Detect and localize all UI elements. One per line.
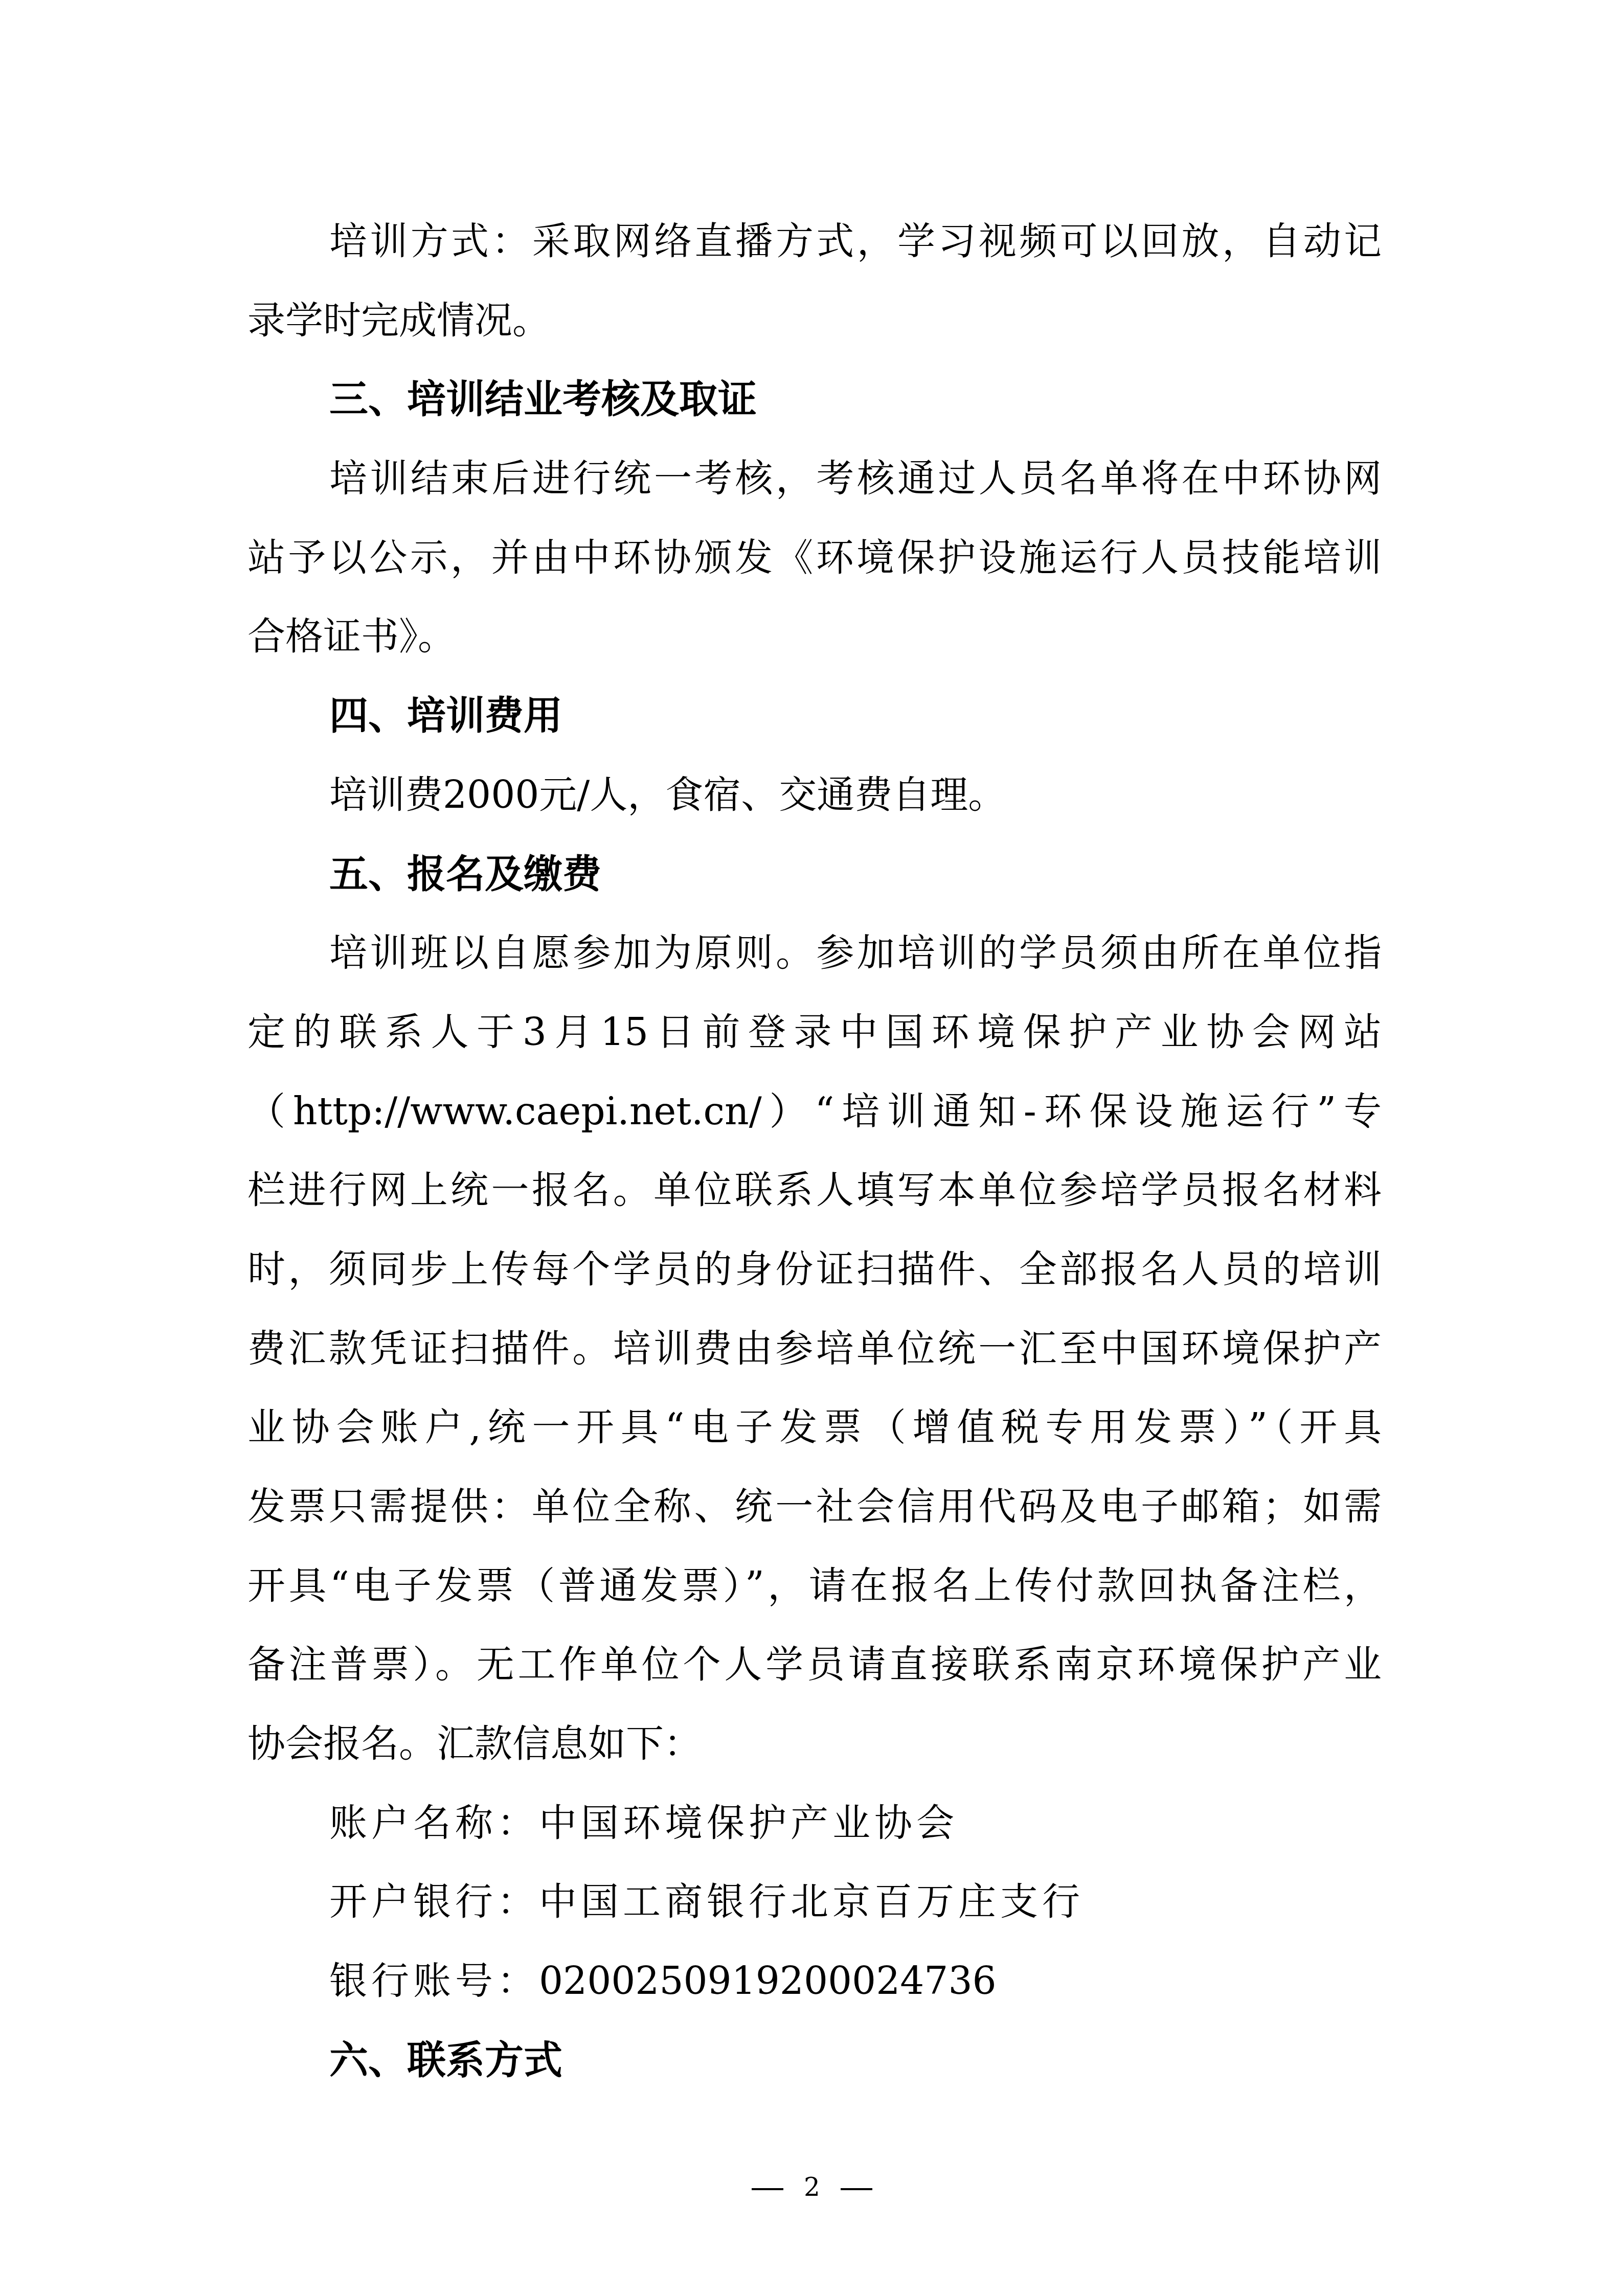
document-page: 培训方式：采取网络直播方式，学习视频可以回放，自动记 录学时完成情况。 三、培训… — [0, 0, 1624, 2296]
section-6-heading: 六、联系方式 — [247, 2030, 1382, 2109]
assessment-line-3: 合格证书》。 — [247, 606, 1382, 685]
registration-line-5: 时，须同步上传每个学员的身份证扫描件、全部报名人员的培训 — [247, 1239, 1382, 1318]
registration-line-2: 定的联系人于3月15日前登录中国环境保护产业协会网站 — [247, 1002, 1382, 1081]
training-method-line-2: 录学时完成情况。 — [247, 290, 1382, 369]
assessment-line-2: 站予以公示，并由中环协颁发《环境保护设施运行人员技能培训 — [247, 527, 1382, 606]
registration-line-10: 备注普票）。无工作单位个人学员请直接联系南京环境保护产业 — [247, 1634, 1382, 1713]
fee-line: 培训费2000元/人，食宿、交通费自理。 — [247, 764, 1382, 844]
training-method-line-1: 培训方式：采取网络直播方式，学习视频可以回放，自动记 — [247, 211, 1382, 290]
registration-line-9: 开具“电子发票（普通发票）”，请在报名上传付款回执备注栏， — [247, 1555, 1382, 1634]
registration-line-4: 栏进行网上统一报名。单位联系人填写本单位参培学员报名材料 — [247, 1160, 1382, 1239]
bank-label: 开户银行： — [329, 1880, 539, 1924]
account-number-label: 银行账号： — [329, 1959, 539, 2003]
page-number-value: 2 — [804, 2172, 820, 2202]
account-number-row: 银行账号：0200250919200024736 — [247, 1950, 1382, 2030]
section-3-heading: 三、培训结业考核及取证 — [247, 369, 1382, 448]
account-name-value: 中国环境保护产业协会 — [539, 1801, 958, 1845]
registration-line-7: 业协会账户,统一开具“电子发票（增值税专用发票）”（开具 — [247, 1397, 1382, 1476]
page-number-right-dash — [841, 2188, 872, 2190]
page-number-left-dash — [752, 2188, 783, 2190]
registration-url-line: （http://www.caepi.net.cn/）“培训通知-环保设施运行”专 — [247, 1081, 1382, 1160]
page-number: 2 — [0, 2167, 1624, 2208]
registration-line-11: 协会报名。汇款信息如下： — [247, 1713, 1382, 1792]
account-name-label: 账户名称： — [329, 1801, 539, 1845]
document-body: 培训方式：采取网络直播方式，学习视频可以回放，自动记 录学时完成情况。 三、培训… — [247, 211, 1382, 2109]
section-5-heading: 五、报名及缴费 — [247, 844, 1382, 923]
account-number-value: 0200250919200024736 — [539, 1959, 997, 2003]
account-name-row: 账户名称：中国环境保护产业协会 — [247, 1792, 1382, 1872]
bank-row: 开户银行：中国工商银行北京百万庄支行 — [247, 1871, 1382, 1950]
assessment-line-1: 培训结束后进行统一考核，考核通过人员名单将在中环协网 — [247, 448, 1382, 527]
registration-line-8: 发票只需提供：单位全称、统一社会信用代码及电子邮箱；如需 — [247, 1476, 1382, 1555]
bank-value: 中国工商银行北京百万庄支行 — [539, 1880, 1084, 1924]
section-4-heading: 四、培训费用 — [247, 685, 1382, 764]
registration-line-6: 费汇款凭证扫描件。培训费由参培单位统一汇至中国环境保护产 — [247, 1318, 1382, 1397]
registration-line-1: 培训班以自愿参加为原则。参加培训的学员须由所在单位指 — [247, 922, 1382, 1002]
